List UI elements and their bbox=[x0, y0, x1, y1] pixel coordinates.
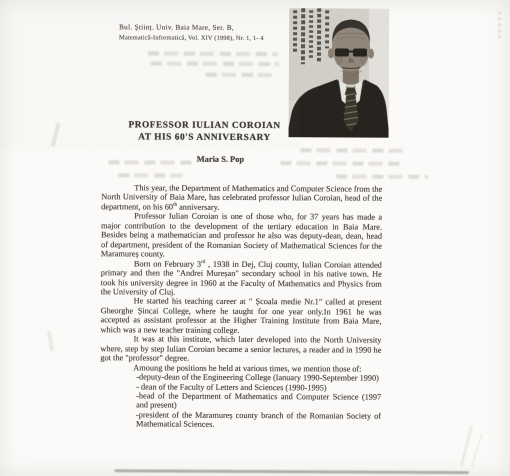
scan-smudge bbox=[471, 434, 483, 467]
paragraph-career-start: He started his teaching career at " Școa… bbox=[100, 297, 381, 336]
bleed-through-text bbox=[151, 61, 279, 65]
bleed-through-text bbox=[300, 148, 406, 152]
journal-header: Bul. Științ. Univ. Baia Mare, Ser. B, Ma… bbox=[119, 23, 264, 41]
bleed-through-text bbox=[148, 51, 278, 55]
paragraph-contribution: Professor Iulian Coroian is one of those… bbox=[101, 212, 382, 261]
scan-content: Bul. Științ. Univ. Baia Mare, Ser. B, Ma… bbox=[0, 0, 510, 476]
paragraph-birth: Born on February 3rd , 1938 in Dej, Cluj… bbox=[101, 259, 382, 298]
bleed-through-text bbox=[336, 174, 428, 178]
scan-edge-shadow bbox=[115, 469, 469, 473]
bleed-through-text bbox=[206, 73, 278, 77]
bleed-through-text bbox=[280, 161, 402, 165]
scan-smudge bbox=[47, 331, 54, 351]
position-item: -head of the Department of Mathematics a… bbox=[136, 391, 381, 411]
bleed-through-text bbox=[108, 160, 196, 164]
journal-volume-info: Matematică-Informatică, Vol. XIV (1998),… bbox=[119, 34, 264, 42]
paragraph-celebration: This year, the Department of Mathematics… bbox=[101, 183, 382, 213]
paragraph-text: Born on February 3 bbox=[134, 259, 201, 268]
portrait-photo bbox=[289, 8, 390, 138]
paragraph-text: anniversary. bbox=[177, 202, 219, 211]
article-title: PROFESSOR IULIAN COROIAN AT HIS 60'S ANN… bbox=[58, 120, 350, 145]
positions-list: -deputy-dean of the Engineering College … bbox=[136, 372, 381, 430]
position-item: -president of the Maramureș county branc… bbox=[136, 410, 381, 430]
journal-title: Bul. Științ. Univ. Baia Mare, Ser. B, bbox=[119, 23, 264, 32]
paragraph-text: This year, the Department of Mathematics… bbox=[101, 183, 382, 211]
article-body: This year, the Department of Mathematics… bbox=[100, 183, 382, 430]
bleed-through-text bbox=[118, 173, 182, 177]
paragraph-institute: It was at this institute, which later de… bbox=[100, 334, 381, 364]
film-grain bbox=[289, 8, 390, 138]
scan-smudge bbox=[460, 425, 473, 466]
scan-smudge bbox=[498, 11, 501, 41]
scanned-paper-page: Bul. Științ. Univ. Baia Mare, Ser. B, Ma… bbox=[0, 0, 510, 476]
article-title-line2: AT HIS 60'S ANNIVERSARY bbox=[58, 132, 350, 145]
